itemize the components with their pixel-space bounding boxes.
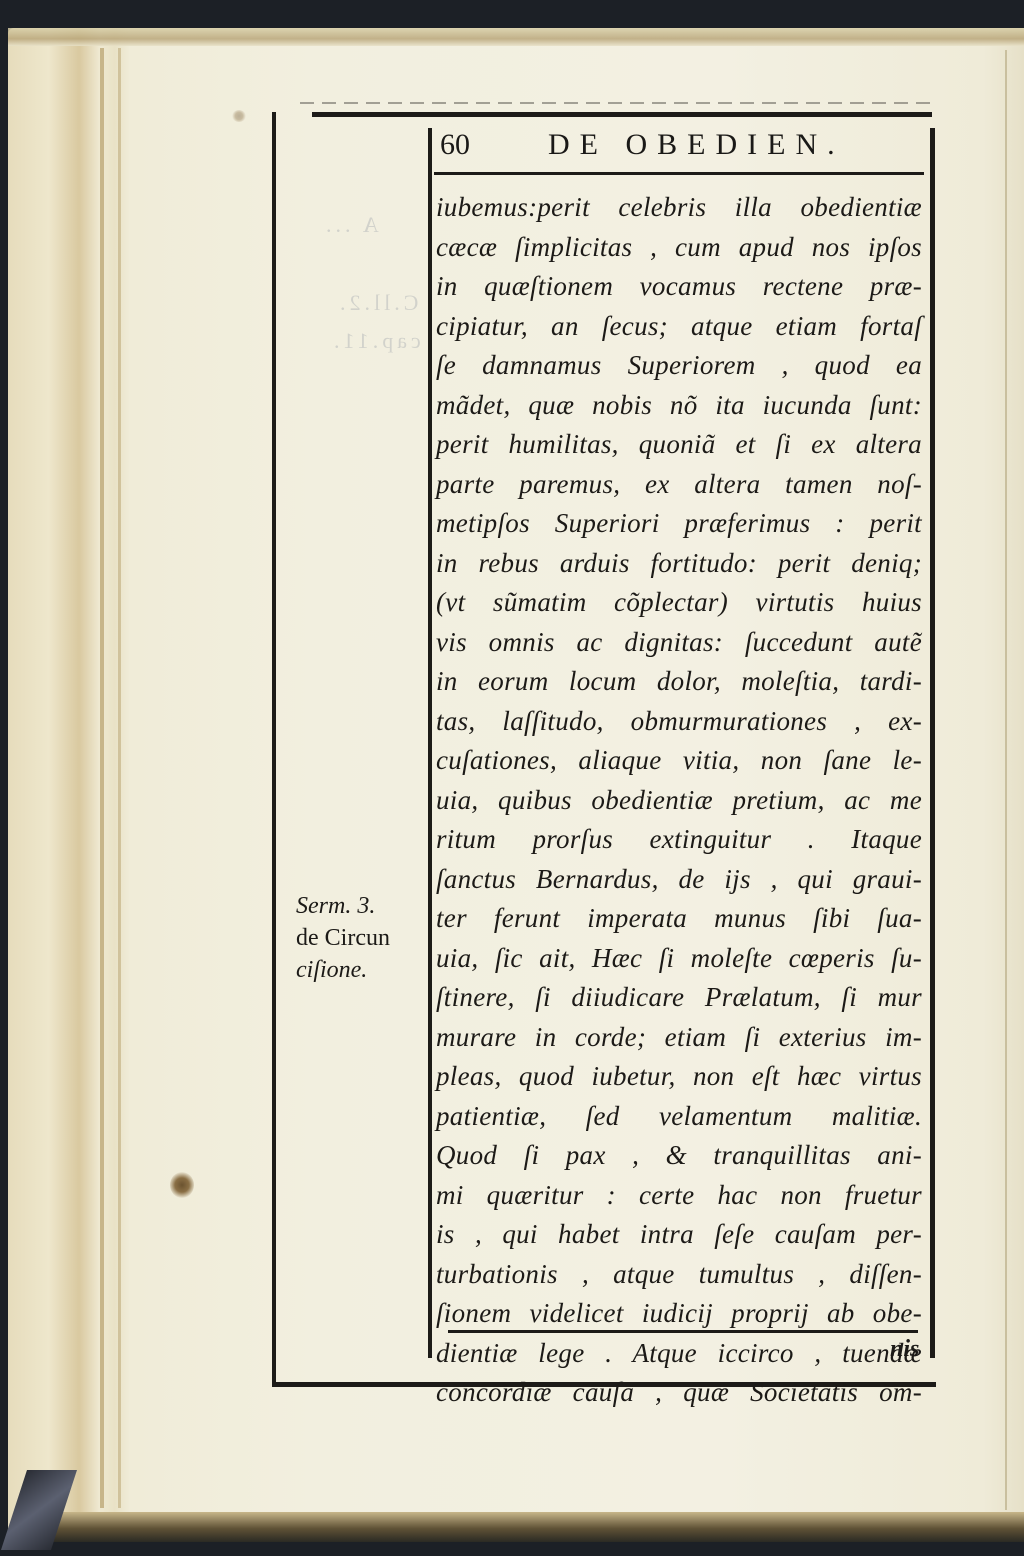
marginal-note-line: Serm. 3. bbox=[296, 890, 426, 922]
text-line: mãdet, quæ nobis nõ ita iucunda ſunt: bbox=[436, 386, 922, 426]
gutter-edge bbox=[100, 48, 104, 1508]
text-line: metipſos Superiori præferimus : perit bbox=[436, 504, 922, 544]
ink-stain bbox=[170, 1172, 194, 1198]
text-line: in eorum locum dolor, moleſtia, tardi- bbox=[436, 662, 922, 702]
text-line: cæcæ ſimplicitas , cum apud nos ipſos bbox=[436, 228, 922, 268]
text-line: ſe damnamus Superiorem , quod ea bbox=[436, 346, 922, 386]
text-line: vis omnis ac dignitas: ſuccedunt autẽ bbox=[436, 623, 922, 663]
text-line: cuſationes, aliaque vitia, non ſane le- bbox=[436, 741, 922, 781]
marginal-note-line: ciſione. bbox=[296, 954, 426, 986]
text-line: is , qui habet intra ſeſe cauſam per- bbox=[436, 1215, 922, 1255]
header-rule bbox=[434, 172, 924, 175]
page-fore-edge bbox=[1005, 50, 1007, 1510]
text-line: uia, quibus obedientiæ pretium, ac me bbox=[436, 781, 922, 821]
foxing-spot bbox=[232, 110, 246, 122]
text-line: Quod ſi pax , & tranquillitas ani- bbox=[436, 1136, 922, 1176]
text-line: concordiæ cauſa , quæ Societatis om- bbox=[436, 1373, 922, 1413]
text-line: ſanctus Bernardus, de ijs , qui graui- bbox=[436, 860, 922, 900]
text-line: cipiatur, an ſecus; atque etiam fortaſ bbox=[436, 307, 922, 347]
text-line: patientiæ, ſed velamentum malitiæ. bbox=[436, 1097, 922, 1137]
text-line: in quæſtionem vocamus rectene præ- bbox=[436, 267, 922, 307]
page-number: 60 bbox=[440, 128, 470, 162]
text-line: in rebus arduis fortitudo: perit deniq; bbox=[436, 544, 922, 584]
text-line: mi quæritur : certe hac non fruetur bbox=[436, 1176, 922, 1216]
catchword: nis bbox=[890, 1336, 919, 1363]
text-line: uia, ſic ait, Hæc ſi moleſte cœperis ſu- bbox=[436, 939, 922, 979]
body-text: iubemus:perit celebris illa obedientiæ c… bbox=[436, 188, 922, 1413]
text-line: (vt sũmatim cõplectar) virtutis huius bbox=[436, 583, 922, 623]
text-line: turbationis , atque tumultus , diſſen- bbox=[436, 1255, 922, 1295]
text-line: ritum prorſus extinguitur . Itaque bbox=[436, 820, 922, 860]
cover-edge-top bbox=[8, 28, 1024, 46]
text-line: tas, laſſitudo, obmurmurationes , ex- bbox=[436, 702, 922, 742]
text-line: iubemus:perit celebris illa obedientiæ bbox=[436, 188, 922, 228]
faint-top-rule bbox=[300, 102, 930, 104]
text-line: ſionem videlicet iudicij proprij ab obe- bbox=[436, 1294, 922, 1334]
marginal-note: Serm. 3. de Circun ciſione. bbox=[296, 890, 426, 986]
text-line: murare in corde; etiam ſi exterius im- bbox=[436, 1018, 922, 1058]
gutter-edge-inner bbox=[118, 48, 121, 1508]
marginal-note-line: de Circun bbox=[296, 922, 426, 954]
running-head: DE OBEDIEN. bbox=[548, 128, 845, 162]
text-line: ter ferunt imperata munus ſibi ſua- bbox=[436, 899, 922, 939]
text-line: dientiæ lege . Atque iccirco , tuendæ bbox=[436, 1334, 922, 1374]
cover-edge-bottom bbox=[40, 1512, 1024, 1542]
text-line: pleas, quod iubetur, non eſt hæc virtus bbox=[436, 1057, 922, 1097]
text-line: parte paremus, ex altera tamen noſ- bbox=[436, 465, 922, 505]
text-line: ſtinere, ſi diiudicare Prælatum, ſi mur bbox=[436, 978, 922, 1018]
text-line: perit humilitas, quoniã et ſi ex altera bbox=[436, 425, 922, 465]
